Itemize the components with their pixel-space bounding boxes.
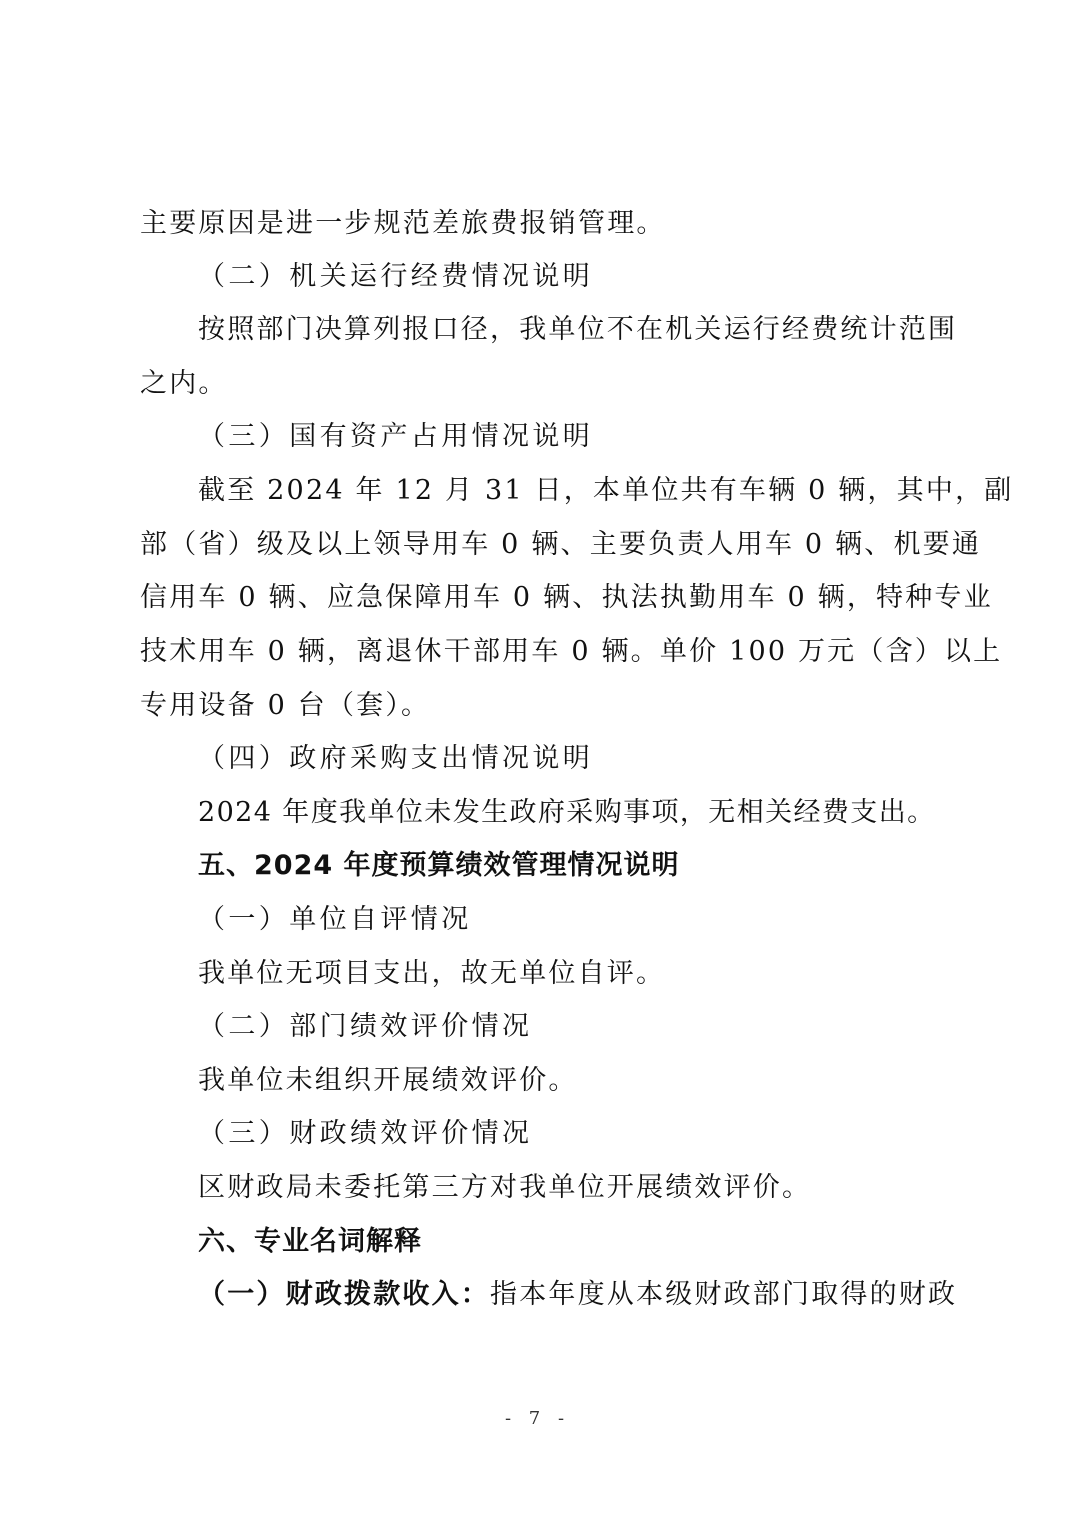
term-definition: 指本年度从本级财政部门取得的财政 xyxy=(490,1279,957,1310)
section-heading-department-evaluation: （二）部门绩效评价情况 xyxy=(198,1009,998,1045)
paragraph-line: 截至 2024 年 12 月 31 日，本单位共有车辆 0 辆，其中，副 xyxy=(198,473,938,509)
section-heading-performance-management: 五、2024 年度预算绩效管理情况说明 xyxy=(198,848,998,884)
paragraph-line: 信用车 0 辆、应急保障用车 0 辆、执法执勤用车 0 辆，特种专业 xyxy=(140,580,937,616)
paragraph-line: 2024 年度我单位未发生政府采购事项，无相关经费支出。 xyxy=(198,795,998,831)
paragraph-line: 部（省）级及以上领导用车 0 辆、主要负责人用车 0 辆、机要通 xyxy=(140,527,937,563)
section-heading-operating-expenses: （二）机关运行经费情况说明 xyxy=(198,259,998,295)
page-number: - 7 - xyxy=(0,1408,1075,1429)
section-heading-finance-evaluation: （三）财政绩效评价情况 xyxy=(198,1116,998,1152)
paragraph-line: 按照部门决算列报口径，我单位不在机关运行经费统计范围 xyxy=(198,312,938,348)
paragraph-line: 主要原因是进一步规范差旅费报销管理。 xyxy=(140,206,940,242)
section-heading-government-procurement: （四）政府采购支出情况说明 xyxy=(198,741,998,777)
paragraph-line: 技术用车 0 辆，离退休干部用车 0 辆。单价 100 万元（含）以上 xyxy=(140,634,937,670)
section-heading-self-evaluation: （一）单位自评情况 xyxy=(198,902,998,938)
paragraph-line: 区财政局未委托第三方对我单位开展绩效评价。 xyxy=(198,1170,998,1206)
paragraph-line: 我单位无项目支出，故无单位自评。 xyxy=(198,956,998,992)
term-label: （一）财政拨款收入： xyxy=(198,1279,490,1310)
section-heading-terminology: 六、专业名词解释 xyxy=(198,1224,998,1260)
paragraph-line: 我单位未组织开展绩效评价。 xyxy=(198,1063,998,1099)
document-page: 主要原因是进一步规范差旅费报销管理。 （二）机关运行经费情况说明 按照部门决算列… xyxy=(0,0,1075,1520)
paragraph-line: 之内。 xyxy=(140,366,940,402)
section-heading-state-assets: （三）国有资产占用情况说明 xyxy=(198,419,998,455)
paragraph-line: 专用设备 0 台（套）。 xyxy=(140,688,940,724)
paragraph-line-term-definition: （一）财政拨款收入：指本年度从本级财政部门取得的财政 xyxy=(198,1277,938,1313)
